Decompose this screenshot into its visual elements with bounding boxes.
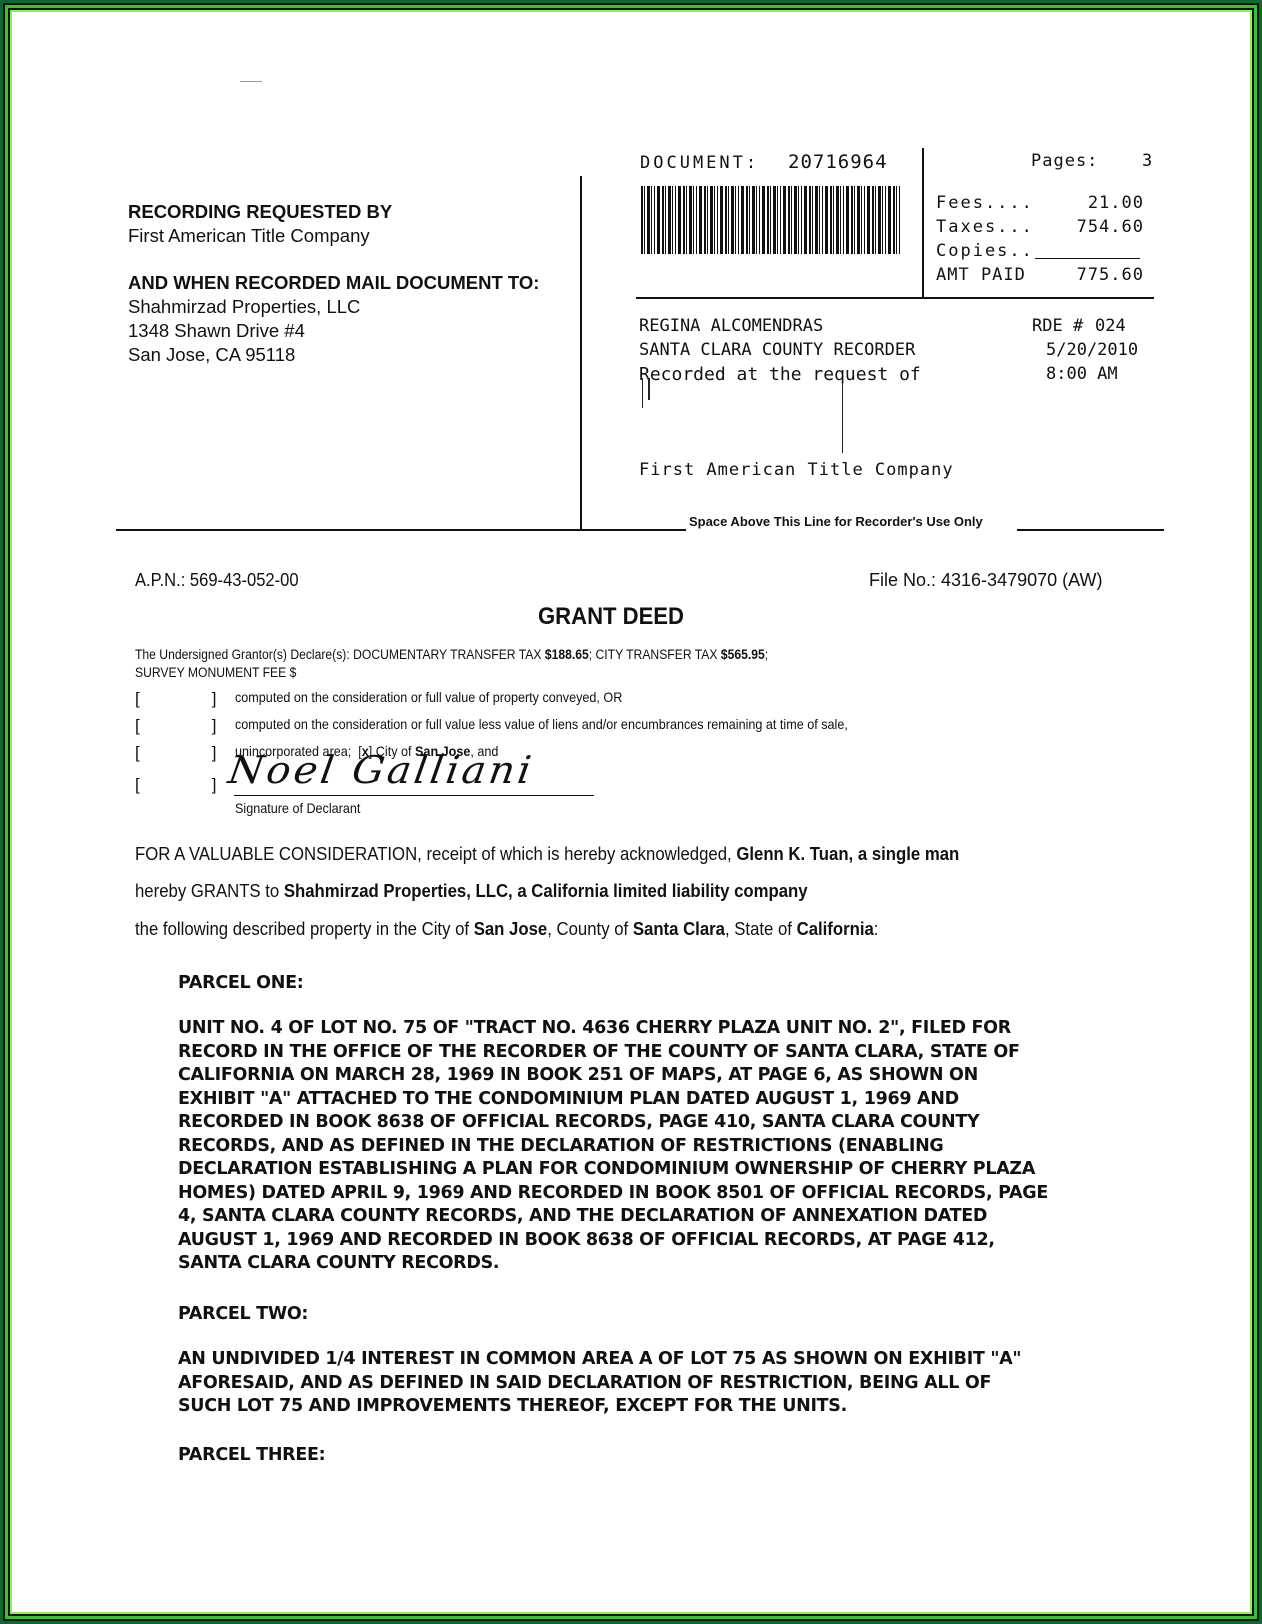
parcel-line: SUCH LOT 75 AND IMPROVEMENTS THEREOF, EX… (178, 1395, 1021, 1419)
parcel-line: RECORDS, AND AS DEFINED IN THE DECLARATI… (178, 1135, 1048, 1159)
mail-to-line-2: 1348 Shawn Drive #4 (128, 320, 305, 342)
parcel-one-description: UNIT NO. 4 OF LOT NO. 75 OF "TRACT NO. 4… (178, 1017, 1048, 1276)
document-label: DOCUMENT: (640, 153, 759, 173)
checkbox-option-1[interactable]: [] (135, 689, 216, 709)
city-transfer-tax: $565.95 (721, 647, 765, 662)
recorder-use-note: Space Above This Line for Recorder's Use… (689, 514, 983, 529)
grants-text: hereby GRANTS to (135, 881, 284, 901)
property-prefix: the following described property in the … (135, 919, 474, 939)
pages-value: 3 (1142, 151, 1153, 171)
amt-paid-value: 775.60 (1077, 265, 1144, 285)
taxes-value: 754.60 (1077, 217, 1144, 237)
recorder-use-rule-right (1017, 529, 1164, 531)
parcel-line: RECORDED IN BOOK 8638 OF OFFICIAL RECORD… (178, 1111, 1048, 1135)
parcel-line: CALIFORNIA ON MARCH 28, 1969 IN BOOK 251… (178, 1064, 1048, 1088)
recorder-name: REGINA ALCOMENDRAS (639, 316, 823, 336)
city-tax-label: ; CITY TRANSFER TAX (589, 647, 721, 662)
fees-label: Fees.... (936, 193, 1034, 213)
parcel-line: DECLARATION ESTABLISHING A PLAN FOR COND… (178, 1158, 1048, 1182)
property-city: San Jose (474, 919, 548, 939)
copies-label: Copies.. (936, 241, 1034, 261)
recorder-use-rule-left (116, 529, 686, 531)
parcel-line: 4, SANTA CLARA COUNTY RECORDS, AND THE D… (178, 1205, 1048, 1229)
parcel-line: AUGUST 1, 1969 AND RECORDED IN BOOK 8638… (178, 1229, 1048, 1253)
recording-requested-label: RECORDING REQUESTED BY (128, 201, 392, 223)
parcel-line: RECORD IN THE OFFICE OF THE RECORDER OF … (178, 1041, 1048, 1065)
mail-to-line-1: Shahmirzad Properties, LLC (128, 296, 360, 318)
parcel-two-heading: PARCEL TWO: (178, 1303, 308, 1327)
amt-paid-label: AMT PAID (936, 265, 1026, 285)
stamp-divider-vertical (922, 148, 924, 298)
stamp-divider-horizontal (636, 297, 1154, 299)
parcel-three-heading: PARCEL THREE: (178, 1444, 325, 1468)
parcel-two-description: AN UNDIVIDED 1/4 INTEREST IN COMMON AREA… (178, 1348, 1021, 1419)
property-county: Santa Clara (633, 919, 725, 939)
scan-mark (240, 81, 262, 82)
documentary-transfer-tax: $188.65 (545, 647, 589, 662)
page-title: GRANT DEED (538, 603, 684, 631)
property-location-line: the following described property in the … (135, 919, 878, 940)
print-artifact-line (648, 378, 650, 400)
recorded-request-label: Recorded at the request of (639, 364, 921, 385)
grantee: Shahmirzad Properties, LLC, a California… (284, 881, 808, 901)
survey-monument-fee: SURVEY MONUMENT FEE $ (135, 665, 296, 680)
pages-label: Pages: (1031, 151, 1098, 171)
stamp-vertical-tick (842, 383, 843, 453)
punctuation: : (874, 919, 879, 939)
parcel-line: SANTA CLARA COUNTY RECORDS. (178, 1252, 1048, 1276)
signature: Noel Galliani (226, 748, 538, 792)
header-divider-vertical (580, 176, 582, 530)
parcel-line: EXHIBIT "A" ATTACHED TO THE CONDOMINIUM … (178, 1088, 1048, 1112)
parcel-line: AN UNDIVIDED 1/4 INTEREST IN COMMON AREA… (178, 1348, 1021, 1372)
recording-requested-by: First American Title Company (128, 225, 370, 247)
rde-label: RDE # (1032, 316, 1083, 336)
requested-by-company: First American Title Company (639, 460, 954, 480)
document-number: 20716964 (788, 151, 888, 173)
recorder-office: SANTA CLARA COUNTY RECORDER (639, 340, 915, 360)
checkbox-option-2[interactable]: [] (135, 716, 216, 736)
parcel-line: AFORESAID, AND AS DEFINED IN SAID DECLAR… (178, 1372, 1021, 1396)
checkbox-option-4[interactable]: [] (135, 775, 216, 795)
option-1-text: computed on the consideration or full va… (235, 689, 622, 705)
declare-prefix: The Undersigned Grantor(s) Declare(s): D… (135, 647, 545, 662)
declaration-line: The Undersigned Grantor(s) Declare(s): D… (135, 647, 768, 662)
county-prefix: , County of (547, 919, 633, 939)
parcel-line: HOMES) DATED APRIL 9, 1969 AND RECORDED … (178, 1182, 1048, 1206)
mail-to-label: AND WHEN RECORDED MAIL DOCUMENT TO: (128, 272, 539, 294)
parcel-one-heading: PARCEL ONE: (178, 972, 303, 996)
option-2-text: computed on the consideration or full va… (235, 716, 848, 732)
parcel-line: UNIT NO. 4 OF LOT NO. 75 OF "TRACT NO. 4… (178, 1017, 1048, 1041)
signature-line (234, 795, 594, 796)
recorded-date: 5/20/2010 (1046, 340, 1138, 360)
checkbox-option-3[interactable]: [] (135, 743, 216, 763)
taxes-label: Taxes... (936, 217, 1034, 237)
grants-line: hereby GRANTS to Shahmirzad Properties, … (135, 881, 808, 902)
rde-value: 024 (1095, 316, 1126, 336)
mail-to-line-3: San Jose, CA 95118 (128, 344, 295, 366)
total-underline (1035, 258, 1140, 259)
file-number: File No.: 4316-3479070 (AW) (869, 570, 1102, 591)
punctuation: ; (765, 647, 768, 662)
print-artifact-line (642, 378, 643, 408)
property-state: California (797, 919, 874, 939)
grantor: Glenn K. Tuan, a single man (736, 844, 959, 864)
consideration-line: FOR A VALUABLE CONSIDERATION, receipt of… (135, 844, 959, 865)
barcode (641, 186, 900, 254)
fees-value: 21.00 (1088, 193, 1144, 213)
apn: A.P.N.: 569-43-052-00 (135, 570, 299, 591)
state-prefix: , State of (725, 919, 797, 939)
recorded-time: 8:00 AM (1046, 364, 1118, 384)
signature-label: Signature of Declarant (235, 800, 360, 816)
consideration-text: FOR A VALUABLE CONSIDERATION, receipt of… (135, 844, 736, 864)
